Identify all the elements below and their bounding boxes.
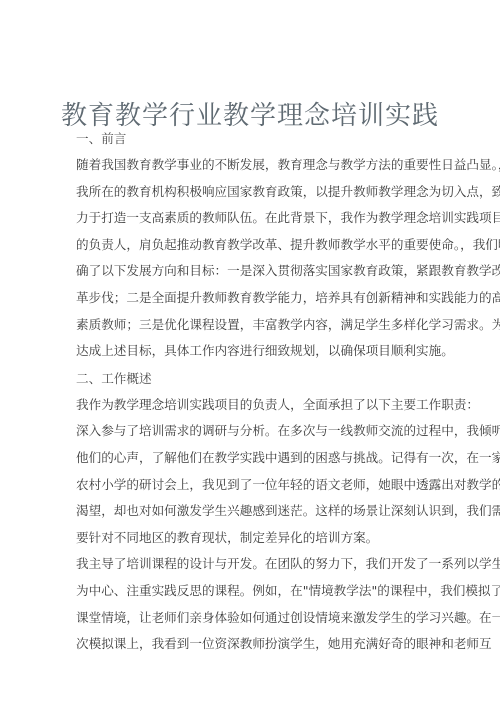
text-line: 素质教师；三是优化课程设置，丰富教学内容，满足学生多样化学习需求。为 <box>76 312 428 339</box>
text-line: 革步伐；二是全面提升教师教育教学能力，培养具有创新精神和实践能力的高 <box>76 285 428 312</box>
text-line: 深入参与了培训需求的调研与分析。在多次与一线教师交流的过程中，我倾听 <box>76 418 428 445</box>
text-line: 我作为教学理念培训实践项目的负责人，全面承担了以下主要工作职责： <box>76 392 428 419</box>
document-body: 一、前言 随着我国教育教学事业的不断发展，教育理念与教学方法的重要性日益凸显。，… <box>76 125 428 658</box>
text-line: 达成上述目标，具体工作内容进行细致规划，以确保项目顺利实施。 <box>76 338 428 365</box>
text-line: 随着我国教育教学事业的不断发展，教育理念与教学方法的重要性日益凸显。， <box>76 152 428 179</box>
text-line: 确了以下发展方向和目标：一是深入贯彻落实国家教育政策，紧跟教育教学改 <box>76 258 428 285</box>
text-line: 我所在的教育机构积极响应国家教育政策，以提升教师教学理念为切入点，致 <box>76 179 428 206</box>
text-line: 农村小学的研讨会上，我见到了一位年轻的语文老师，她眼中透露出对教学的 <box>76 472 428 499</box>
text-line: 力于打造一支高素质的教师队伍。在此背景下，我作为教学理念培训实践项目 <box>76 205 428 232</box>
text-line: 的负责人，肩负起推动教育教学改革、提升教师教学水平的重要使命。，我们明 <box>76 232 428 259</box>
text-line: 次模拟课上，我看到一位资深教师扮演学生，她用充满好奇的眼神和老师互 <box>76 631 428 658</box>
text-line: 课堂情境，让老师们亲身体验如何通过创设情境来激发学生的学习兴趣。在一 <box>76 605 428 632</box>
document-page: 教育教学行业教学理念培训实践 一、前言 随着我国教育教学事业的不断发展，教育理念… <box>0 0 500 707</box>
section-preface: 一、前言 随着我国教育教学事业的不断发展，教育理念与教学方法的重要性日益凸显。，… <box>76 125 428 365</box>
text-line: 我主导了培训课程的设计与开发。在团队的努力下，我们开发了一系列以学生 <box>76 551 428 578</box>
text-line: 渴望，却也对如何激发学生兴趣感到迷茫。这样的场景让深刻认识到，我们需 <box>76 498 428 525</box>
paragraph: 我作为教学理念培训实践项目的负责人，全面承担了以下主要工作职责： <box>76 392 428 419</box>
text-line: 他们的心声，了解他们在教学实践中遇到的困惑与挑战。记得有一次，在一家 <box>76 445 428 472</box>
section-work-overview: 二、工作概述 我作为教学理念培训实践项目的负责人，全面承担了以下主要工作职责： … <box>76 365 428 658</box>
text-line: 要针对不同地区的教育现状，制定差异化的培训方案。 <box>76 525 428 552</box>
paragraph: 深入参与了培训需求的调研与分析。在多次与一线教师交流的过程中，我倾听 他们的心声… <box>76 418 428 551</box>
section-heading: 一、前言 <box>76 125 428 152</box>
paragraph: 我主导了培训课程的设计与开发。在团队的努力下，我们开发了一系列以学生 为中心、注… <box>76 551 428 657</box>
section-heading: 二、工作概述 <box>76 365 428 392</box>
paragraph: 随着我国教育教学事业的不断发展，教育理念与教学方法的重要性日益凸显。， 我所在的… <box>76 152 428 365</box>
text-line: 为中心、注重实践反思的课程。例如，在"情境教学法"的课程中，我们模拟了 <box>76 578 428 605</box>
